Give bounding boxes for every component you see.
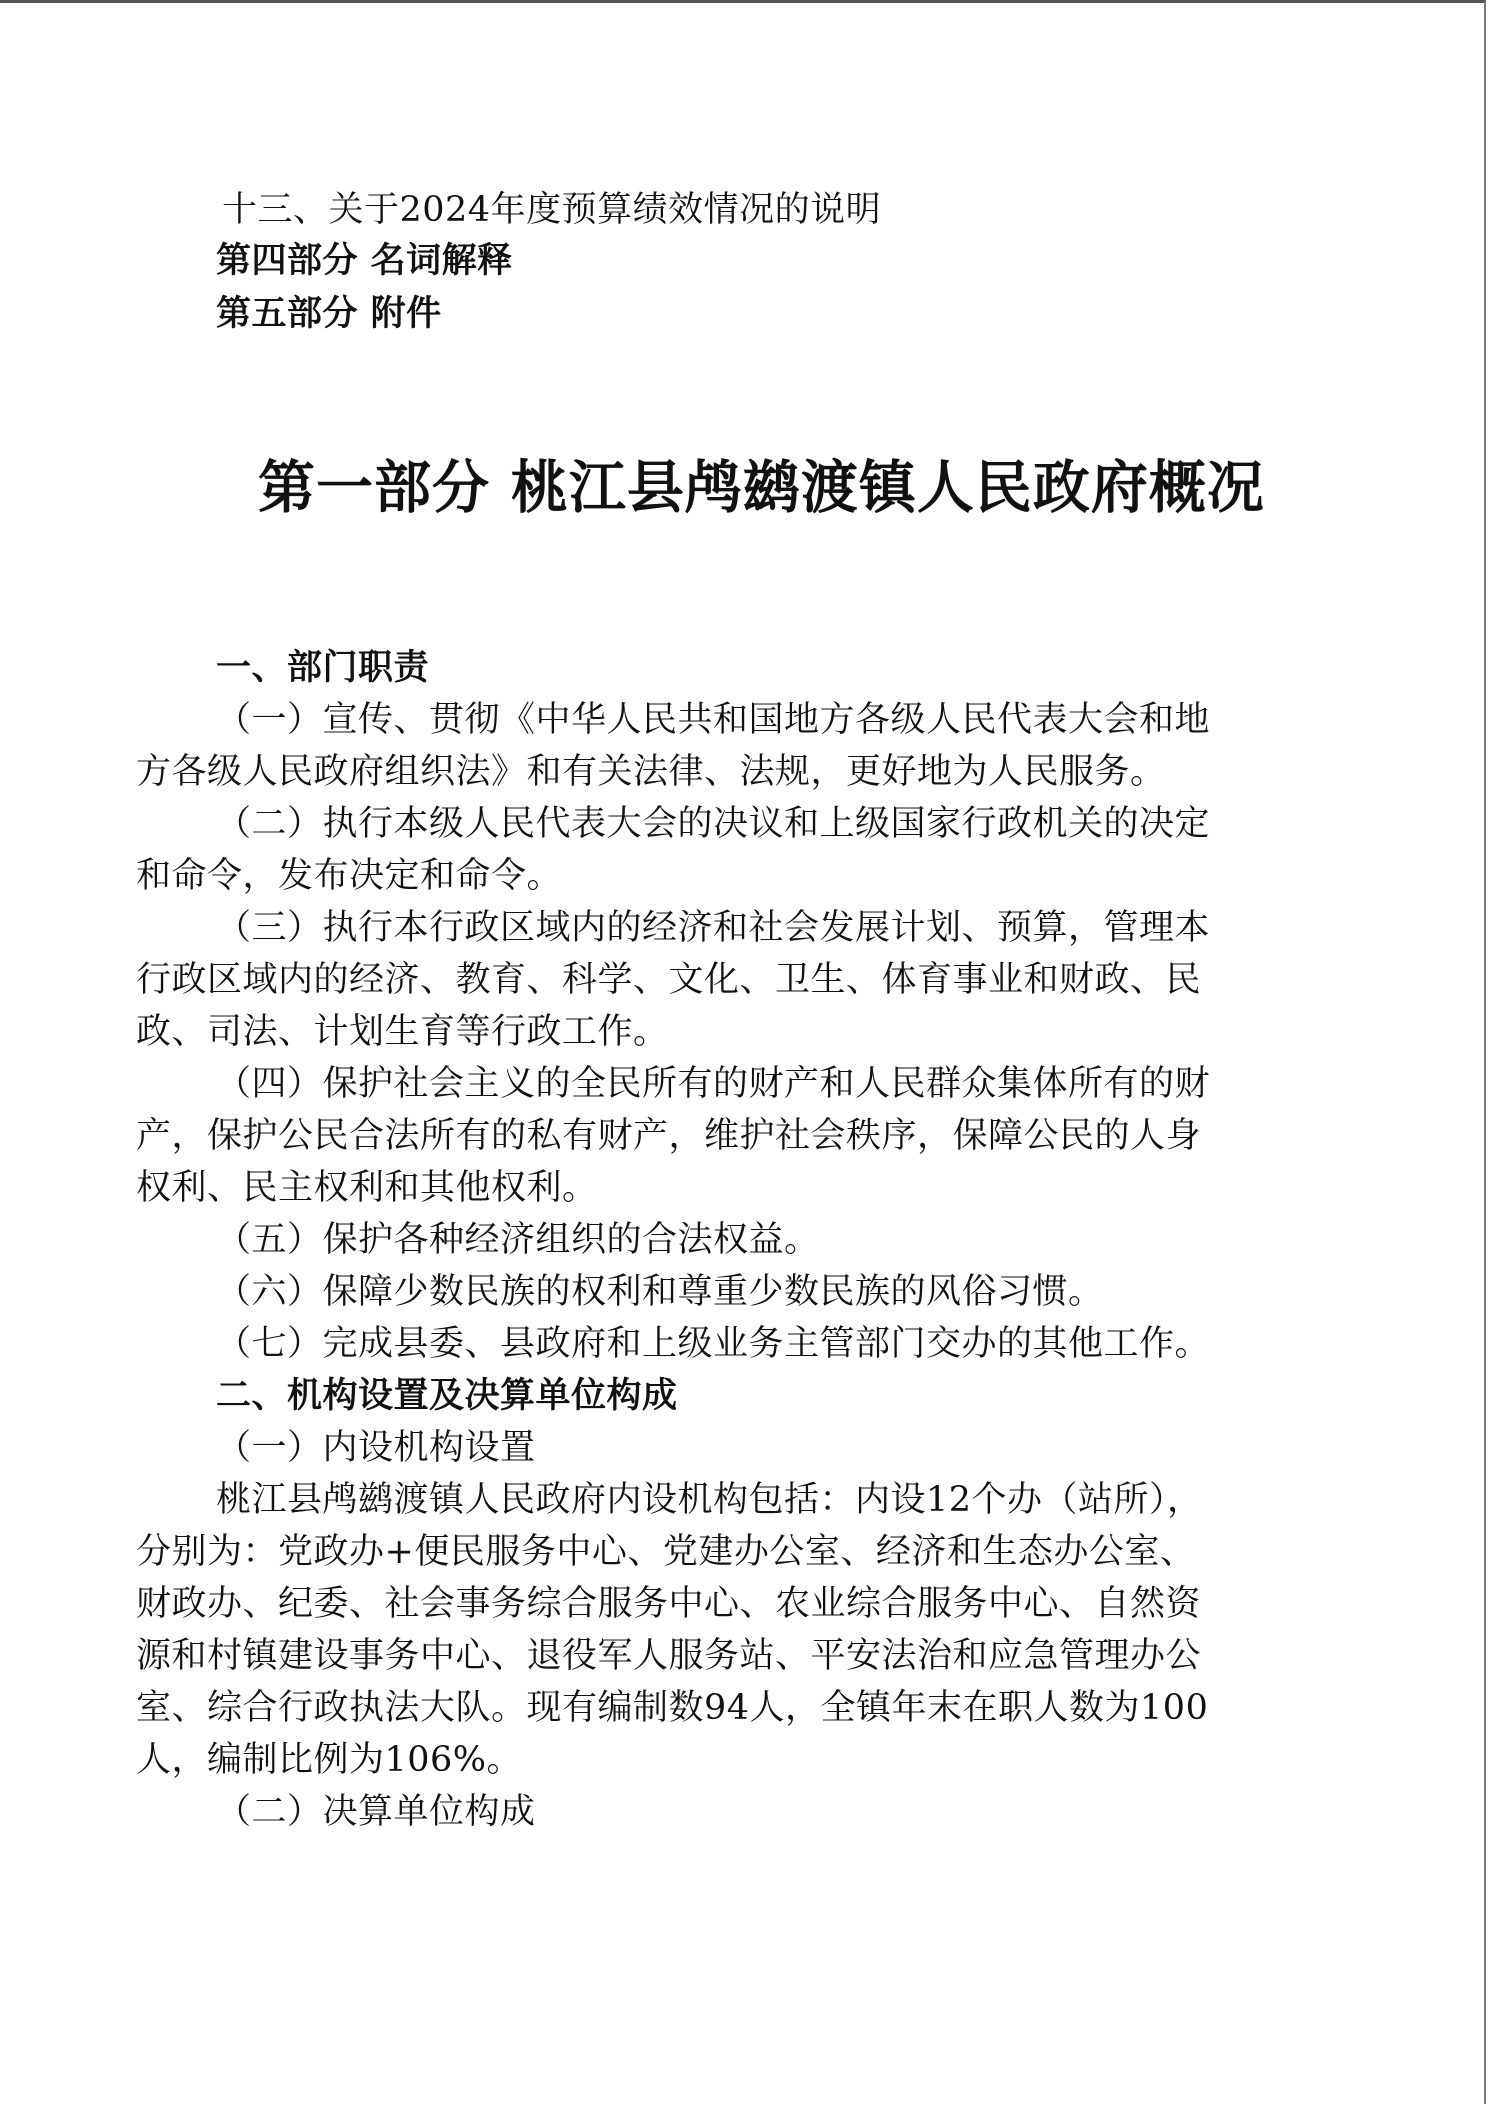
duty-4-line-3: 权利、民主权利和其他权利。 [136,1168,598,1208]
section-1-heading: 一、部门职责 [216,648,429,688]
section-2-heading: 二、机构设置及决算单位构成 [216,1376,678,1416]
toc-item-13: 十三、关于2024年度预算绩效情况的说明 [222,190,881,230]
duty-5: （五）保护各种经济组织的合法权益。 [216,1220,820,1260]
orgs-line-2: 分别为：党政办+便民服务中心、党建办公室、经济和生态办公室、 [136,1532,1195,1572]
duty-2-line-2: 和命令，发布决定和命令。 [136,856,562,896]
orgs-line-6: 人，编制比例为106%。 [136,1740,522,1780]
duty-6: （六）保障少数民族的权利和尊重少数民族的风俗习惯。 [216,1272,1104,1312]
part-1-title: 第一部分 桃江县鸬鹚渡镇人民政府概况 [258,455,1265,521]
duty-7: （七）完成县委、县政府和上级业务主管部门交办的其他工作。 [216,1324,1210,1364]
document-page: 十三、关于2024年度预算绩效情况的说明 第四部分 名词解释 第五部分 附件 第… [0,0,1486,2104]
orgs-line-3: 财政办、纪委、社会事务综合服务中心、农业综合服务中心、自然资 [136,1584,1201,1624]
duty-1-line-1: （一）宣传、贯彻《中华人民共和国地方各级人民代表大会和地 [216,700,1210,740]
duty-4-line-2: 产，保护公民合法所有的私有财产，维护社会秩序，保障公民的人身 [136,1116,1201,1156]
duty-2-line-1: （二）执行本级人民代表大会的决议和上级国家行政机关的决定 [216,804,1210,844]
duty-3-line-2: 行政区域内的经济、教育、科学、文化、卫生、体育事业和财政、民 [136,960,1201,1000]
duty-3-line-3: 政、司法、计划生育等行政工作。 [136,1012,669,1052]
orgs-line-4: 源和村镇建设事务中心、退役军人服务站、平安法治和应急管理办公 [136,1636,1201,1676]
subsection-internal-orgs-heading: （一）内设机构设置 [216,1428,536,1468]
orgs-line-5: 室、综合行政执法大队。现有编制数94人，全镇年末在职人数为100 [136,1688,1208,1728]
duty-1-line-2: 方各级人民政府组织法》和有关法律、法规，更好地为人民服务。 [136,752,1166,792]
orgs-line-1: 桃江县鸬鹚渡镇人民政府内设机构包括：内设12个办（站所）， [216,1480,1203,1520]
duty-3-line-1: （三）执行本行政区域内的经济和社会发展计划、预算，管理本 [216,908,1210,948]
duty-4-line-1: （四）保护社会主义的全民所有的财产和人民群众集体所有的财 [216,1064,1210,1104]
toc-part-4: 第四部分 名词解释 [216,241,513,281]
toc-part-5: 第五部分 附件 [216,294,442,334]
subsection-accounting-units-heading: （二）决算单位构成 [216,1792,536,1832]
